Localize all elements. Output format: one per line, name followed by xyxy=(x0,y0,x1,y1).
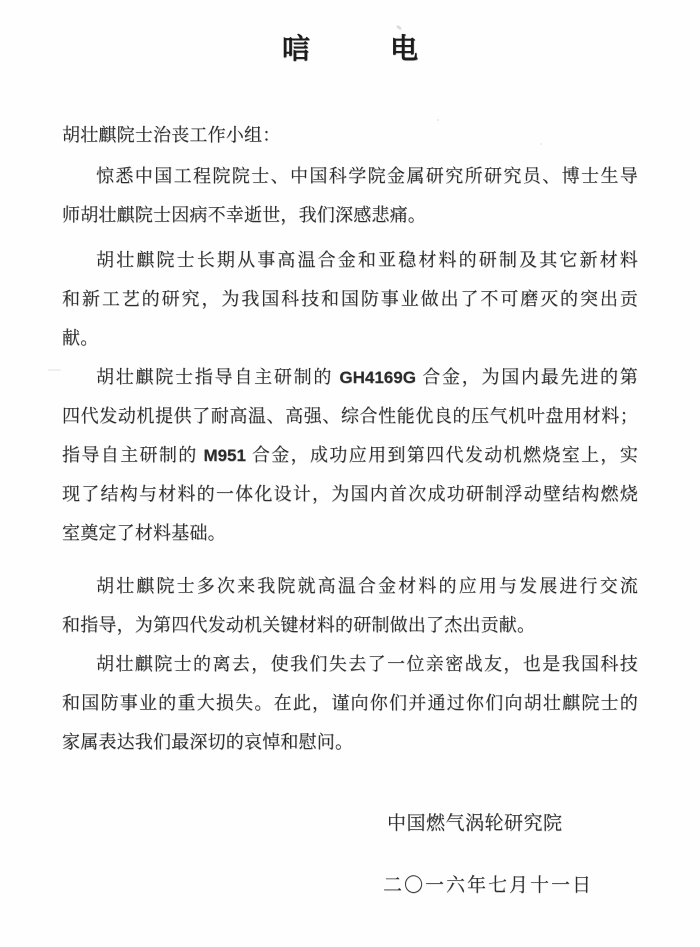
title-char-right: 电 xyxy=(390,30,418,70)
paragraph: 惊悉中国工程院院士、中国科学院金属研究所研究员、博士生导 师胡壮麒院士因病不幸逝… xyxy=(62,157,638,235)
body-line: 惊悉中国工程院院士、中国科学院金属研究所研究员、博士生导 xyxy=(62,157,638,196)
body-line: 四代发动机提供了耐高温、高强、综合性能优良的压气机叶盘用材料； xyxy=(62,397,638,436)
scanned-letter-page: 唁 电 胡壮麒院士治丧工作小组： 惊悉中国工程院院士、中国科学院金属研究所研究员… xyxy=(0,0,700,947)
body-line: 和新工艺的研究，为我国科技和国防事业做出了不可磨灭的突出贡 xyxy=(62,280,638,319)
body-line: 胡壮麒院士的离去，使我们失去了一位亲密战友，也是我国科技 xyxy=(62,645,638,684)
date-line: 二〇一六年七月十一日 xyxy=(383,866,638,905)
salutation-line: 胡壮麒院士治丧工作小组： xyxy=(62,116,638,155)
body-line: 胡壮麒院士长期从事高温合金和亚稳材料的研制及其它新材料 xyxy=(62,241,638,280)
body-line: 献。 xyxy=(62,319,638,358)
body-line: 胡壮麒院士指导自主研制的 GH4169G 合金，为国内最先进的第 xyxy=(62,358,638,397)
scan-speck xyxy=(540,143,542,145)
body-line: 现了结构与材料的一体化设计，为国内首次成功研制浮动壁结构燃烧 xyxy=(62,475,638,514)
body-line: 胡壮麒院士多次来我院就高温合金材料的应用与发展进行交流 xyxy=(62,567,638,606)
body-line: 和指导，为第四代发动机关键材料的研制做出了杰出贡献。 xyxy=(62,606,638,645)
body-line: 家属表达我们最深切的哀悼和慰问。 xyxy=(62,723,638,762)
paragraph: 胡壮麒院士指导自主研制的 GH4169G 合金，为国内最先进的第 四代发动机提供… xyxy=(62,358,638,553)
scan-speck xyxy=(48,369,61,371)
body-line: 室奠定了材料基础。 xyxy=(62,514,638,553)
body-line: 和国防事业的重大损失。在此，谨向你们并通过你们向胡壮麒院士的 xyxy=(62,684,638,723)
title-char-left: 唁 xyxy=(282,30,310,70)
body-line: 师胡壮麒院士因病不幸逝世，我们深感悲痛。 xyxy=(62,196,638,235)
body-line: 指导自主研制的 M951 合金，成功应用到第四代发动机燃烧室上，实 xyxy=(62,436,638,475)
document-title: 唁 电 xyxy=(0,30,700,70)
paragraph: 胡壮麒院士多次来我院就高温合金材料的应用与发展进行交流 和指导，为第四代发动机关… xyxy=(62,567,638,645)
letter-body: 胡壮麒院士治丧工作小组： 惊悉中国工程院院士、中国科学院金属研究所研究员、博士生… xyxy=(0,116,700,905)
paragraph: 胡壮麒院士的离去，使我们失去了一位亲密战友，也是我国科技 和国防事业的重大损失。… xyxy=(62,645,638,762)
signature: 中国燃气涡轮研究院 xyxy=(387,804,638,843)
paragraph: 胡壮麒院士长期从事高温合金和亚稳材料的研制及其它新材料 和新工艺的研究，为我国科… xyxy=(62,241,638,358)
scan-speck xyxy=(437,119,439,121)
